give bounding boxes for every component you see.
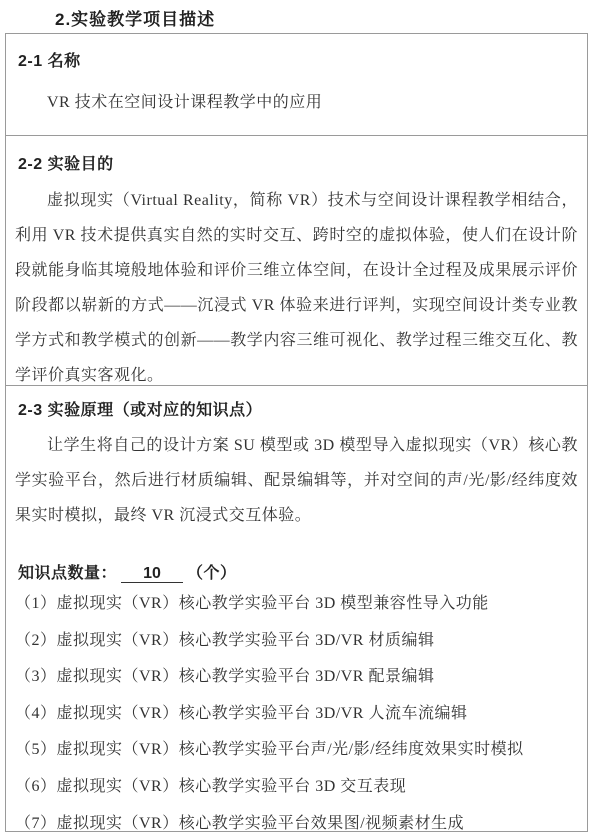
knowledge-point-item: （2）虚拟现实（VR）核心教学实验平台 3D/VR 材质编辑 [15,623,578,660]
page-title: 2.实验教学项目描述 [55,5,215,30]
knowledge-count-unit: （个） [187,565,237,582]
table-row-purpose: 2-2 实验目的 虚拟现实（Virtual Reality，简称 VR）技术与空… [6,136,587,386]
section-heading-name: 2-1 名称 [18,48,578,71]
knowledge-count-value: 10 [121,565,183,583]
section-heading-purpose: 2-2 实验目的 [18,151,578,174]
principle-paragraph: 让学生将自己的设计方案 SU 模型或 3D 模型导入虚拟现实（VR）核心教学实验… [15,428,578,533]
knowledge-point-item: （5）虚拟现实（VR）核心教学实验平台声/光/影/经纬度效果实时模拟 [15,732,578,769]
purpose-paragraph: 虚拟现实（Virtual Reality，简称 VR）技术与空间设计课程教学相结… [15,183,578,386]
section-heading-principle: 2-3 实验原理（或对应的知识点） [18,397,578,420]
knowledge-point-item: （1）虚拟现实（VR）核心教学实验平台 3D 模型兼容性导入功能 [15,586,578,623]
project-name-text: VR 技术在空间设计课程教学中的应用 [15,89,578,112]
project-description-table: 2-1 名称 VR 技术在空间设计课程教学中的应用 2-2 实验目的 虚拟现实（… [5,33,588,832]
knowledge-point-item: （4）虚拟现实（VR）核心教学实验平台 3D/VR 人流车流编辑 [15,696,578,733]
knowledge-count-line: 知识点数量：10（个） [18,560,578,583]
knowledge-point-item: （6）虚拟现实（VR）核心教学实验平台 3D 交互表现 [15,769,578,806]
knowledge-point-item: （3）虚拟现实（VR）核心教学实验平台 3D/VR 配景编辑 [15,659,578,696]
table-row-principle: 2-3 实验原理（或对应的知识点） 让学生将自己的设计方案 SU 模型或 3D … [6,386,587,831]
knowledge-point-list: （1）虚拟现实（VR）核心教学实验平台 3D 模型兼容性导入功能 （2）虚拟现实… [15,586,578,831]
table-row-name: 2-1 名称 VR 技术在空间设计课程教学中的应用 [6,34,587,136]
knowledge-point-item: （7）虚拟现实（VR）核心教学实验平台效果图/视频素材生成 [15,806,578,831]
knowledge-count-label: 知识点数量： [18,565,117,582]
document-page: 2.实验教学项目描述 2-1 名称 VR 技术在空间设计课程教学中的应用 2-2… [0,0,594,838]
